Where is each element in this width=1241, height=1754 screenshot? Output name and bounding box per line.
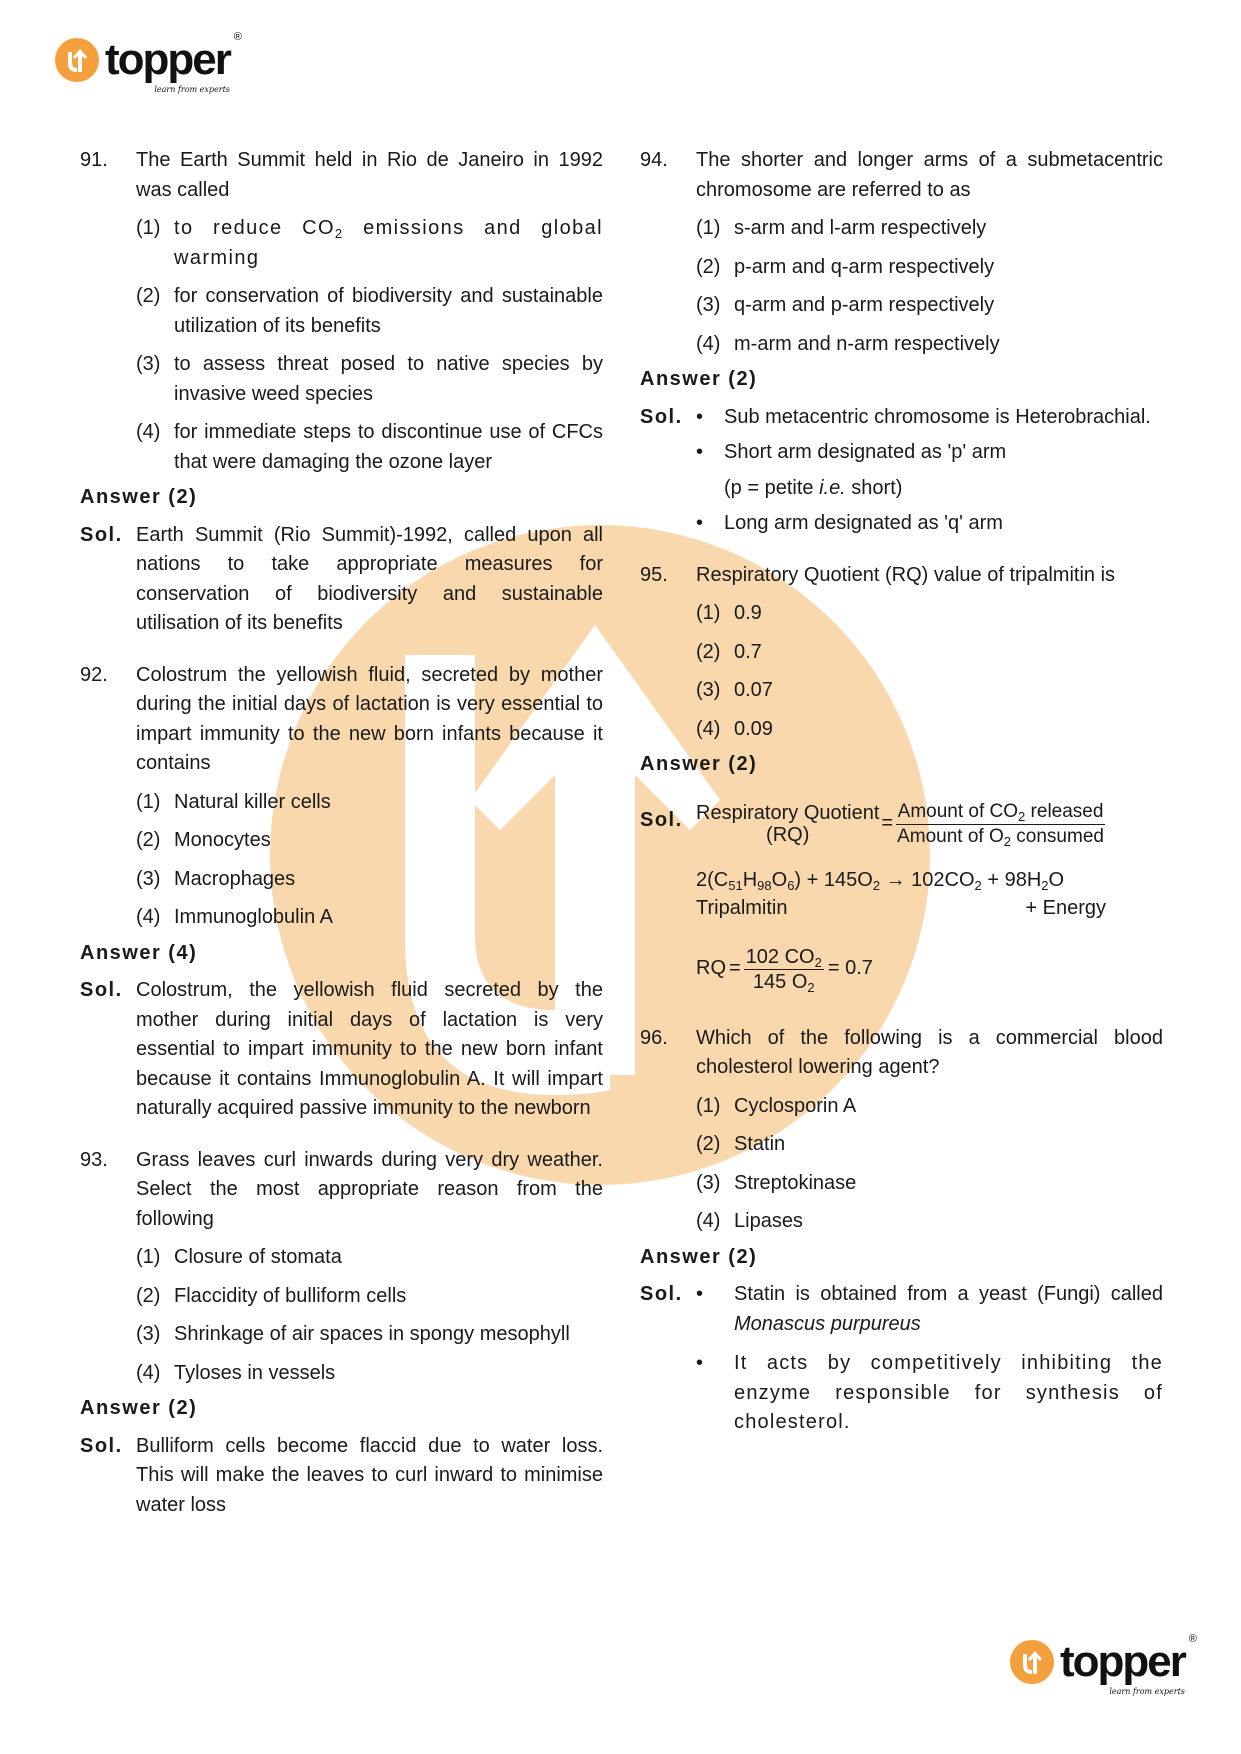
rq-calculation: RQ = 102 CO2 145 O2 = 0.7 [696, 945, 1163, 994]
solution-bullet: •Sub metacentric chromosome is Heterobra… [696, 403, 1163, 433]
option: (3)0.07 [696, 676, 1163, 706]
option: (2)p-arm and q-arm respectively [696, 253, 1163, 283]
left-column: 91. The Earth Summit held in Rio de Jane… [80, 146, 603, 1520]
option: (4)Lipases [696, 1207, 1163, 1237]
option: (3)Streptokinase [696, 1169, 1163, 1199]
answer: Answer (4) [80, 939, 603, 969]
question-number: 95. [640, 561, 696, 591]
option: (1)Cyclosporin A [696, 1092, 1163, 1122]
brand-name: topper®learn from experts [1060, 1640, 1185, 1684]
question-number: 96. [640, 1024, 696, 1083]
question-number: 94. [640, 146, 696, 205]
option: (1)Closure of stomata [136, 1243, 603, 1273]
solution: Sol. •Sub metacentric chromosome is Hete… [640, 403, 1163, 539]
solution-bullet: •It acts by competitively inhibiting the… [696, 1349, 1163, 1438]
answer: Answer (2) [80, 1394, 603, 1424]
question-number: 93. [80, 1146, 136, 1235]
solution-bullet: •Long arm designated as 'q' arm [696, 509, 1163, 539]
topper-logo-icon [55, 38, 99, 82]
option: (4)Immunoglobulin A [136, 903, 603, 933]
question-text: The Earth Summit held in Rio de Janeiro … [136, 146, 603, 205]
right-column: 94. The shorter and longer arms of a sub… [640, 146, 1163, 1438]
question-96: 96. Which of the following is a commerci… [640, 1024, 1163, 1438]
question-text: Grass leaves curl inwards during very dr… [136, 1146, 603, 1235]
solution: Sol. Colostrum, the yellowish fluid secr… [80, 976, 603, 1124]
topper-logo: topper®learn from experts [55, 38, 230, 82]
option: (4) for immediate steps to discontinue u… [136, 418, 603, 477]
question-93: 93. Grass leaves curl inwards during ver… [80, 1146, 603, 1521]
option: (3)Shrinkage of air spaces in spongy mes… [136, 1320, 603, 1350]
solution-bullet: •Short arm designated as 'p' arm [696, 438, 1163, 468]
option: (2)Monocytes [136, 826, 603, 856]
option: (4)Tyloses in vessels [136, 1359, 603, 1389]
question-95: 95. Respiratory Quotient (RQ) value of t… [640, 561, 1163, 994]
solution: Sol. Bulliform cells become flaccid due … [80, 1432, 603, 1521]
option: (2) for conservation of biodiversity and… [136, 282, 603, 341]
question-91: 91. The Earth Summit held in Rio de Jane… [80, 146, 603, 639]
option: (4)m-arm and n-arm respectively [696, 330, 1163, 360]
option: (4)0.09 [696, 715, 1163, 745]
answer: Answer (2) [80, 483, 603, 513]
option: (1)Natural killer cells [136, 788, 603, 818]
question-92: 92. Colostrum the yellowish fluid, secre… [80, 661, 603, 1124]
rq-formula: Respiratory Quotient(RQ) = Amount of CO2… [696, 800, 1163, 849]
brand-name: topper®learn from experts [105, 38, 230, 82]
option: (1) to reduce CO2 emissions and global w… [136, 214, 603, 273]
solution: Sol. Earth Summit (Rio Summit)-1992, cal… [80, 521, 603, 639]
question-text: The shorter and longer arms of a submeta… [696, 146, 1163, 205]
solution-note: (p = petite i.e. short) [696, 474, 1163, 504]
question-number: 92. [80, 661, 136, 779]
topper-logo-footer: topper®learn from experts [1010, 1640, 1185, 1684]
solution: Sol. Respiratory Quotient(RQ) = Amount o… [640, 800, 1163, 994]
question-text: Respiratory Quotient (RQ) value of tripa… [696, 561, 1163, 591]
option: (2)0.7 [696, 638, 1163, 668]
topper-logo-icon [1010, 1640, 1054, 1684]
solution: Sol. •Statin is obtained from a yeast (F… [640, 1280, 1163, 1438]
chemical-equation: 2(C51H98O6) + 145O2 → 102CO2 + 98H2O [696, 867, 1163, 893]
question-94: 94. The shorter and longer arms of a sub… [640, 146, 1163, 539]
option: (3)q-arm and p-arm respectively [696, 291, 1163, 321]
question-number: 91. [80, 146, 136, 205]
solution-bullet: •Statin is obtained from a yeast (Fungi)… [696, 1280, 1163, 1339]
option: (3) to assess threat posed to native spe… [136, 350, 603, 409]
option: (3)Macrophages [136, 865, 603, 895]
option: (2)Flaccidity of bulliform cells [136, 1282, 603, 1312]
answer: Answer (2) [640, 365, 1163, 395]
option: (1)s-arm and l-arm respectively [696, 214, 1163, 244]
question-text: Colostrum the yellowish fluid, secreted … [136, 661, 603, 779]
option: (1)0.9 [696, 599, 1163, 629]
answer: Answer (2) [640, 750, 1163, 780]
question-text: Which of the following is a commercial b… [696, 1024, 1163, 1083]
answer: Answer (2) [640, 1243, 1163, 1273]
option: (2)Statin [696, 1130, 1163, 1160]
